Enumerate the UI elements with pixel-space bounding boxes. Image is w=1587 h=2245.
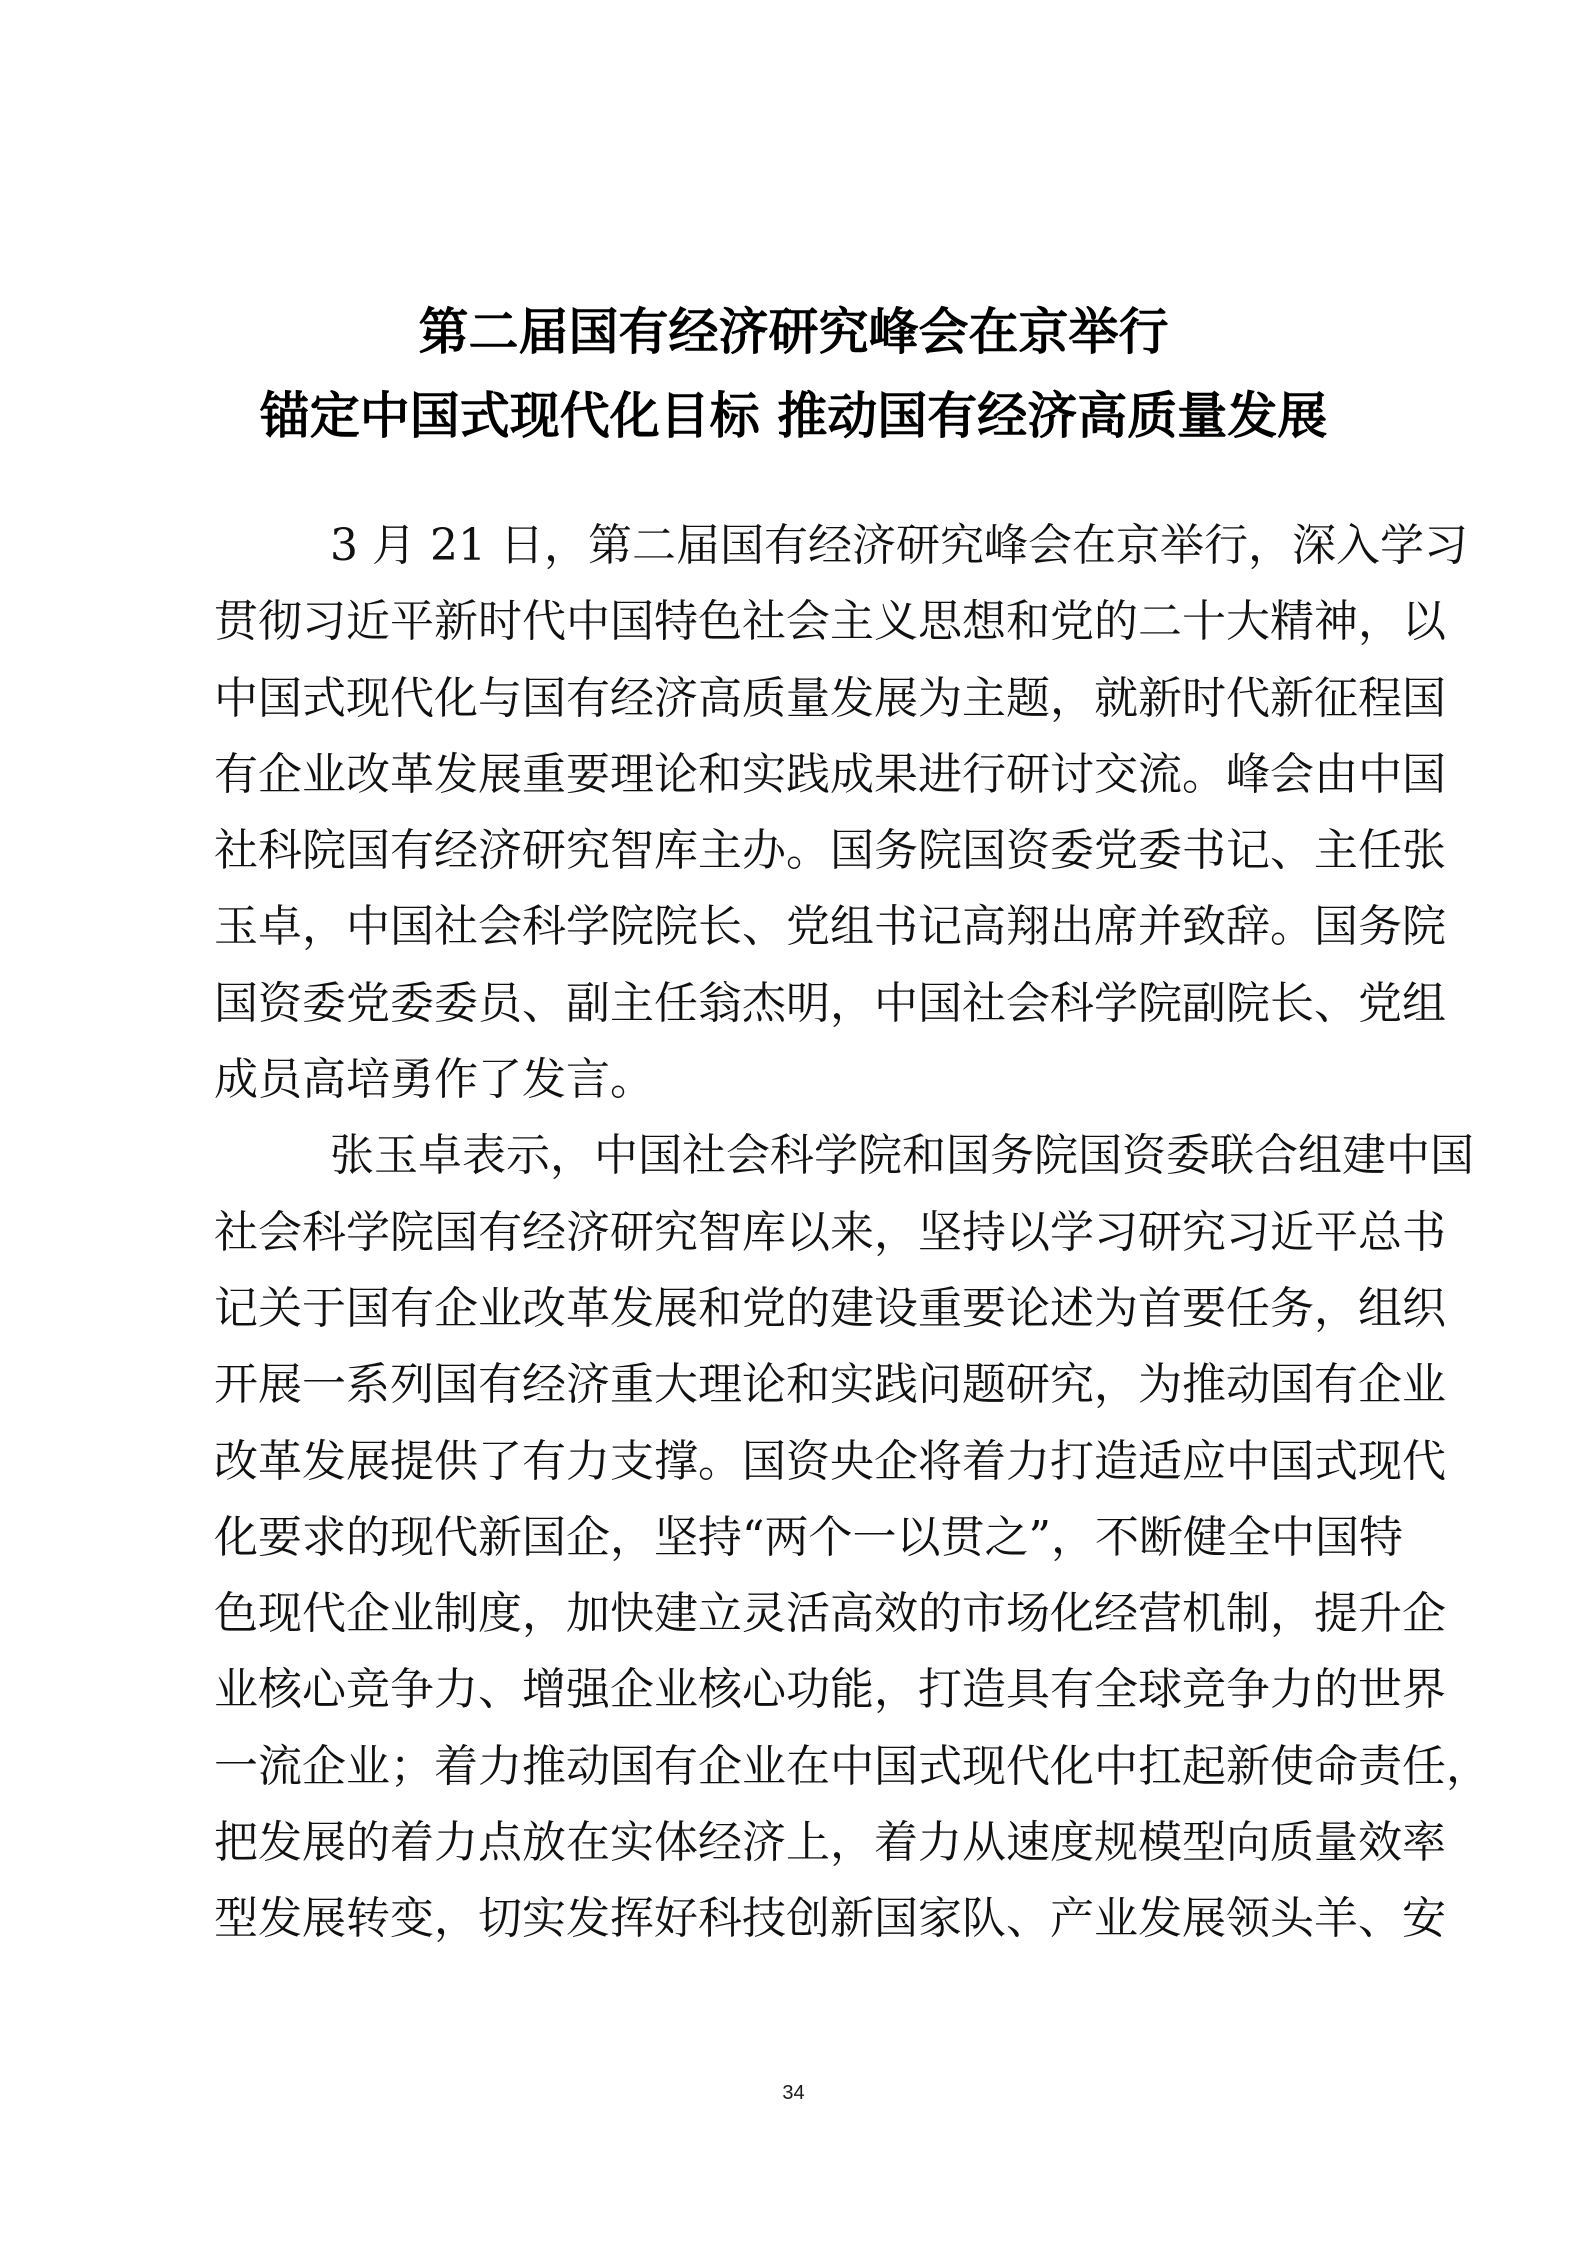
article-title: 第二届国有经济研究峰会在京举行 锚定中国式现代化目标 推动国有经济高质量发展 bbox=[0, 290, 1587, 458]
paragraph-1-line-6: 玉卓，中国社会科学院院长、党组书记高翔出席并致辞。国务院 bbox=[214, 889, 1380, 965]
paragraph-2-line-4: 开展一系列国有经济重大理论和实践问题研究，为推动国有企业 bbox=[214, 1347, 1380, 1423]
paragraph-2-line-7: 色现代企业制度，加快建立灵活高效的市场化经营机制，提升企 bbox=[214, 1576, 1380, 1652]
document-page: 第二届国有经济研究峰会在京举行 锚定中国式现代化目标 推动国有经济高质量发展 3… bbox=[0, 0, 1587, 2245]
paragraph-2-line-2: 社会科学院国有经济研究智库以来，坚持以学习研究习近平总书 bbox=[214, 1195, 1380, 1271]
paragraph-1-line-4: 有企业改革发展重要理论和实践成果进行研讨交流。峰会由中国 bbox=[214, 737, 1380, 813]
paragraph-1-line-7: 国资委党委委员、副主任翁杰明，中国社会科学院副院长、党组 bbox=[214, 966, 1380, 1042]
paragraph-2-line-11: 型发展转变，切实发挥好科技创新国家队、产业发展领头羊、安 bbox=[214, 1881, 1380, 1957]
paragraph-1-line-5: 社科院国有经济研究智库主办。国务院国资委党委书记、主任张 bbox=[214, 813, 1380, 889]
paragraph-2-line-1: 张玉卓表示，中国社会科学院和国务院国资委联合组建中国 bbox=[214, 1118, 1380, 1194]
paragraph-2-line-10: 把发展的着力点放在实体经济上，着力从速度规模型向质量效率 bbox=[214, 1805, 1380, 1881]
paragraph-1-line-2: 贯彻习近平新时代中国特色社会主义思想和党的二十大精神，以 bbox=[214, 584, 1380, 660]
paragraph-1-line-3: 中国式现代化与国有经济高质量发展为主题，就新时代新征程国 bbox=[214, 661, 1380, 737]
article-body: 3 月 21 日，第二届国有经济研究峰会在京举行，深入学习 贯彻习近平新时代中国… bbox=[214, 508, 1380, 1958]
paragraph-2-line-3: 记关于国有企业改革发展和党的建设重要论述为首要任务，组织 bbox=[214, 1271, 1380, 1347]
paragraph-1-line-1: 3 月 21 日，第二届国有经济研究峰会在京举行，深入学习 bbox=[214, 508, 1380, 584]
paragraph-2-line-8: 业核心竞争力、增强企业核心功能，打造具有全球竞争力的世界 bbox=[214, 1652, 1380, 1728]
paragraph-1-line-8: 成员高培勇作了发言。 bbox=[214, 1042, 1380, 1118]
paragraph-2-line-5: 改革发展提供了有力支撑。国资央企将着力打造适应中国式现代 bbox=[214, 1424, 1380, 1500]
page-number: 34 bbox=[0, 2082, 1587, 2105]
paragraph-2-line-9: 一流企业；着力推动国有企业在中国式现代化中扛起新使命责任， bbox=[214, 1729, 1380, 1805]
title-line-subtitle: 锚定中国式现代化目标 推动国有经济高质量发展 bbox=[0, 374, 1587, 458]
paragraph-2-line-6: 化要求的现代新国企，坚持“两个一以贯之”，不断健全中国特 bbox=[214, 1500, 1380, 1576]
title-line-main: 第二届国有经济研究峰会在京举行 bbox=[0, 290, 1587, 374]
